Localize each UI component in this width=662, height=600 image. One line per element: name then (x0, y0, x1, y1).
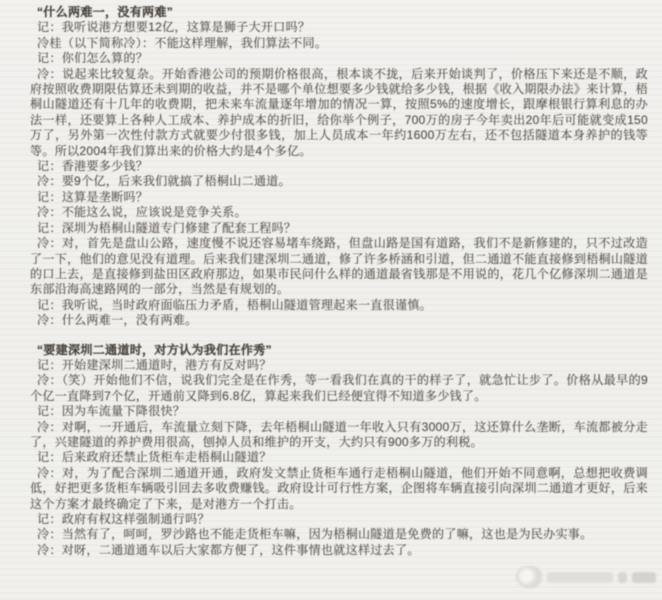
dialog-line: 记：深圳为梧桐山隧道专门修建了配套工程吗？ (30, 221, 648, 236)
dialog-line: 记：政府有权这样强制通行吗？ (30, 512, 648, 527)
watermark-text-blur (618, 572, 627, 583)
dialog-line: 记：香港要多少钱？ (30, 159, 648, 174)
dialog-line: 记：后来政府还禁止货柜车走梧桐山隧道？ (30, 450, 648, 465)
dialog-line: 冷桂（以下简称冷）：不能这样理解，我们算法不同。 (30, 36, 648, 51)
dialog-line: 冷：当然有了，呵呵，罗沙路也不能走货柜车嘛，因为梧桐山隧道是免费的了嘛，这也是为… (30, 527, 648, 542)
dialog-line: 记：因为车流量下降很快？ (30, 404, 648, 419)
weibo-watermark-icon (516, 566, 542, 588)
dialog-line: 冷：对，首先是盘山公路，速度慢不说还容易堵车绕路，但盘山路是国有道路，我们不是新… (30, 236, 648, 298)
dialog-line: 记：我听说，当时政府面临压力矛盾，梧桐山隧道管理起来一直很谨慎。 (30, 298, 648, 313)
section-heading: “什么两难一，没有两难” (30, 5, 648, 20)
dialog-line: 冷：不能这么说，应该说是竞争关系。 (30, 205, 648, 220)
dialog-line: 记：这算是垄断吗？ (30, 190, 648, 205)
dialog-line: 冷：（笑）开始他们不信，说我们完全是在作秀，等一看我们在真的干的样子了，就急忙让… (30, 373, 648, 404)
dialog-line: 记：开始建深圳二通道时，港方有反对吗？ (30, 358, 648, 373)
dialog-line: 冷：要9个亿，后来我们就搞了梧桐山二通道。 (30, 174, 648, 189)
dialog-line: 冷：说起来比较复杂。开始香港公司的预期价格很高，根本谈不拢，后来开始谈判了，价格… (30, 67, 648, 159)
dialog-line: 冷：对呀，二通道通车以后大家都方便了，这件事情也就这样过去了。 (30, 543, 648, 558)
article-body: “什么两难一，没有两难”记：我听说港方想要12亿，这算是狮子大开口吗？冷桂（以下… (30, 5, 648, 558)
dialog-line: 冷：什么两难一，没有两难。 (30, 313, 648, 328)
watermark-text-blur (547, 572, 613, 583)
dialog-line: 记：你们怎么算的？ (30, 51, 648, 66)
dialog-line: 冷：对啊，一开通后，车流量立刻下降，去年梧桐山隧道一年收入只有3000万，这还算… (30, 420, 648, 451)
watermark (516, 566, 656, 588)
watermark-text-blur (632, 572, 656, 583)
section-heading: “要建深圳二通道时，对方认为我们在作秀” (30, 343, 648, 358)
scanned-document-page: “什么两难一，没有两难”记：我听说港方想要12亿，这算是狮子大开口吗？冷桂（以下… (0, 0, 662, 600)
dialog-line: 记：我听说港方想要12亿，这算是狮子大开口吗？ (30, 20, 648, 35)
dialog-line: 冷：对，为了配合深圳二通道开通，政府发文禁止货柜车通行走梧桐山隧道，他们开始不同… (30, 466, 648, 512)
